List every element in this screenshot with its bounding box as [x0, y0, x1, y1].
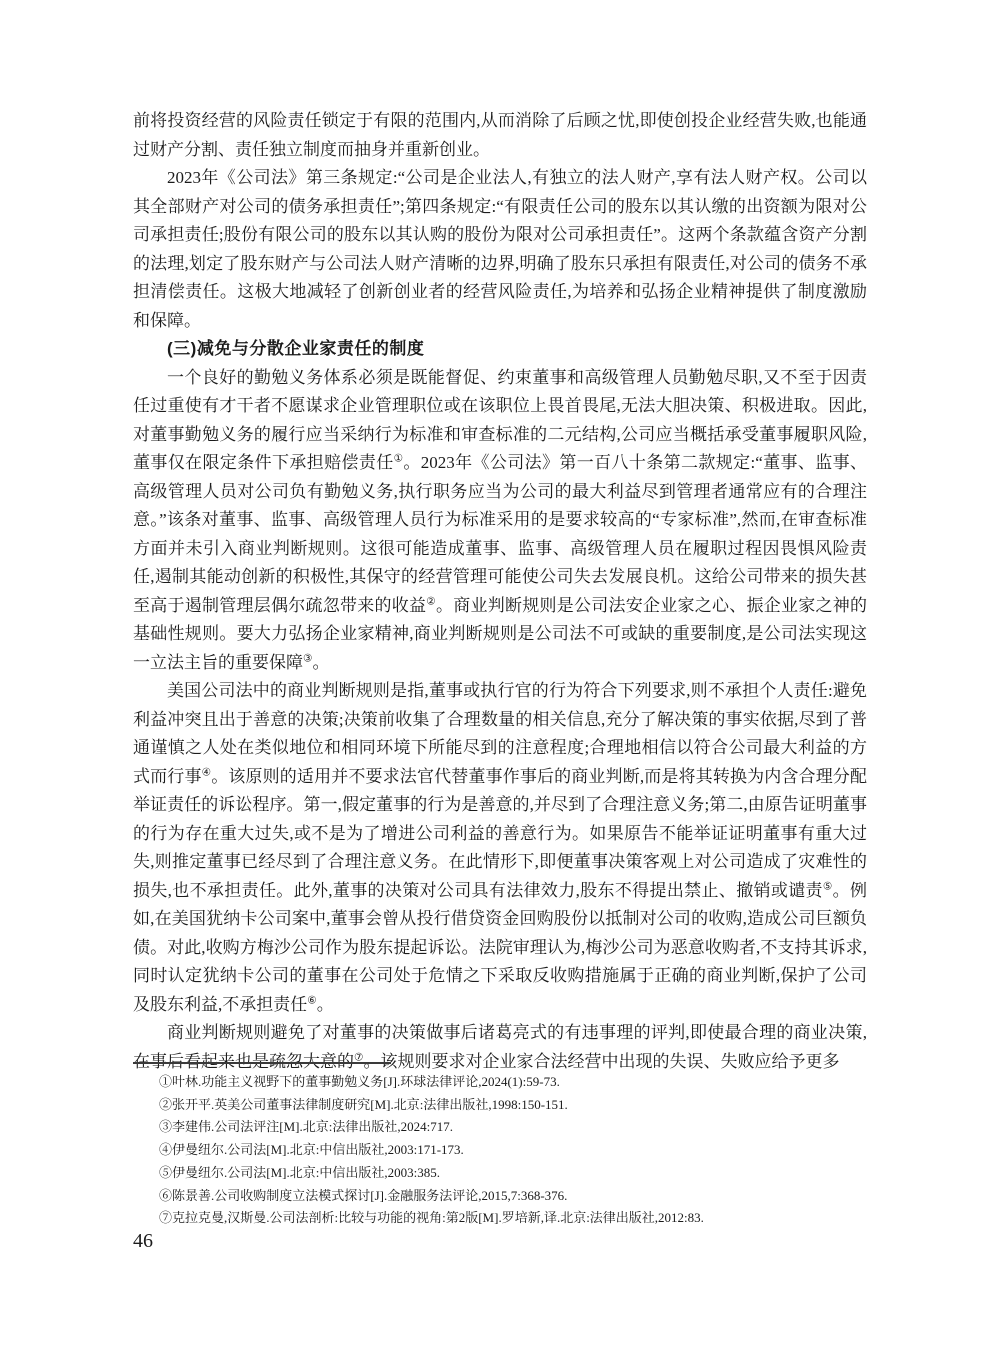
paragraph: 一个良好的勤勉义务体系必须是既能督促、约束董事和高级管理人员勤勉尽职,又不至于因…	[133, 364, 867, 678]
body-text: 前将投资经营的风险责任锁定于有限的范围内,从而消除了后顾之忧,即使创投企业经营失…	[133, 107, 867, 1076]
footnote-ref: ⑤	[823, 881, 833, 892]
paragraph: 美国公司法中的商业判断规则是指,董事或执行官的行为符合下列要求,则不承担个人责任…	[133, 677, 867, 1019]
document-page: 前将投资经营的风险责任锁定于有限的范围内,从而消除了后顾之忧,即使创投企业经营失…	[0, 0, 1000, 1347]
footnote-item: ⑤伊曼纽尔.公司法[M].北京:中信出版社,2003:385.	[133, 1162, 867, 1185]
paragraph: 2023年《公司法》第三条规定:“公司是企业法人,有独立的法人财产,享有法人财产…	[133, 164, 867, 335]
footnote-item: ②张开平.英美公司董事法律制度研究[M].北京:法律出版社,1998:150-1…	[133, 1094, 867, 1117]
footnote-separator	[133, 1062, 391, 1064]
footnote-item: ④伊曼纽尔.公司法[M].北京:中信出版社,2003:171-173.	[133, 1139, 867, 1162]
page-number: 46	[133, 1228, 153, 1254]
footnote-item: ⑦克拉克曼,汉斯曼.公司法剖析:比较与功能的视角:第2版[M].罗培新,译.北京…	[133, 1207, 867, 1230]
footnote-ref: ③	[303, 653, 312, 664]
footnote-item: ①叶林.功能主义视野下的董事勤勉义务[J].环球法律评论,2024(1):59-…	[133, 1071, 867, 1094]
paragraph: 前将投资经营的风险责任锁定于有限的范围内,从而消除了后顾之忧,即使创投企业经营失…	[133, 107, 867, 164]
footnote-ref: ④	[202, 767, 212, 778]
footnote-list: ①叶林.功能主义视野下的董事勤勉义务[J].环球法律评论,2024(1):59-…	[133, 1071, 867, 1230]
footnote-ref: ⑥	[307, 995, 316, 1006]
footnote-ref: ②	[426, 596, 436, 607]
footnote-block: ①叶林.功能主义视野下的董事勤勉义务[J].环球法律评论,2024(1):59-…	[133, 1062, 867, 1230]
section-heading: (三)减免与分散企业家责任的制度	[133, 335, 867, 364]
footnote-ref: ①	[394, 453, 404, 464]
footnote-item: ⑥陈景善.公司收购制度立法模式探讨[J].金融服务法评论,2015,7:368-…	[133, 1185, 867, 1208]
footnote-item: ③李建伟.公司法评注[M].北京:法律出版社,2024:717.	[133, 1116, 867, 1139]
